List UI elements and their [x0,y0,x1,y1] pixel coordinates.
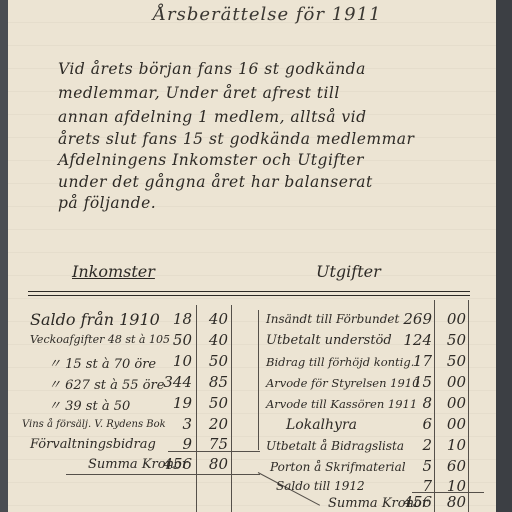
expense-label: Porton å Skrifmaterial [270,460,406,474]
paragraph-line: Vid årets början fans 16 st godkända [58,60,366,78]
expense-kronor: 2 [396,436,432,454]
income-label: 〃 39 st à 50 [48,395,130,414]
expense-kronor: 5 [396,457,432,475]
expense-kronor: 269 [396,310,432,328]
income-label: 〃 15 st à 70 öre [48,353,156,372]
income-total-ore: 80 [202,455,228,473]
expense-ore: 10 [440,436,466,454]
expense-ore: 00 [440,310,466,328]
income-header: Inkomster [72,262,155,281]
income-kronor: 344 [160,373,192,391]
expense-label: Insändt till Förbundet [266,312,399,326]
paragraph-line: årets slut fans 15 st godkända medlemmar [58,130,414,148]
income-label: Vins å försälj. V. Rydens Bok [22,419,166,430]
income-total-rule [168,451,260,452]
expense-ore: 00 [440,394,466,412]
column-divider [434,300,435,512]
income-ore: 40 [202,310,228,328]
expense-label: Utbetalt understöd [266,333,392,348]
income-kronor: 19 [160,394,192,412]
expense-kronor: 6 [396,415,432,433]
income-ore: 20 [202,415,228,433]
paragraph-line: Afdelningens Inkomster och Utgifter [58,151,364,169]
income-label: Veckoafgifter 48 st à 105 [30,333,170,346]
expense-label: Arvode till Kassören 1911 [266,397,417,411]
page-edge-shadow [496,0,512,512]
column-divider [231,305,232,512]
income-label: Förvaltningsbidrag [30,437,156,452]
paragraph-line: medlemmar, Under året afrest till [58,84,340,102]
expense-ore: 60 [440,457,466,475]
expense-kronor: 17 [396,352,432,370]
expense-header: Utgifter [316,262,381,281]
paragraph-line: på följande. [58,194,156,212]
income-label: 〃 627 st à 55 öre [48,374,164,393]
column-divider [196,305,197,512]
income-total-kronor: 456 [158,455,192,473]
paragraph-line: under det gångna året har balanserat [58,173,373,191]
income-kronor: 50 [160,331,192,349]
income-ore: 40 [202,331,228,349]
paragraph-line: annan afdelning 1 medlem, alltså vid [58,108,367,126]
column-divider [468,300,469,512]
expense-kronor: 8 [396,394,432,412]
income-label: Saldo från 1910 [30,310,160,329]
column-divider [258,310,259,450]
expense-total-kronor: 456 [394,493,432,511]
income-kronor: 10 [160,352,192,370]
income-ore: 85 [202,373,228,391]
expense-label: Saldo till 1912 [276,479,365,493]
expense-kronor: 15 [396,373,432,391]
expense-total-ore: 80 [440,493,466,511]
expense-kronor: 124 [396,331,432,349]
expense-label: Bidrag till förhöjd kontig. [266,355,414,369]
expense-label: Lokalhyra [286,417,357,433]
income-kronor: 3 [160,415,192,433]
expense-ore: 00 [440,373,466,391]
expense-ore: 50 [440,331,466,349]
page-title: Årsberättelse för 1911 [153,4,381,25]
income-underline [66,474,260,475]
expense-ore: 00 [440,415,466,433]
income-kronor: 18 [160,310,192,328]
income-ore: 50 [202,394,228,412]
ledger-page: Årsberättelse för 1911 Vid årets början … [8,0,496,512]
expense-label: Utbetalt å Bidragslista [266,439,404,453]
expense-ore: 50 [440,352,466,370]
header-rule [28,291,470,296]
income-ore: 50 [202,352,228,370]
